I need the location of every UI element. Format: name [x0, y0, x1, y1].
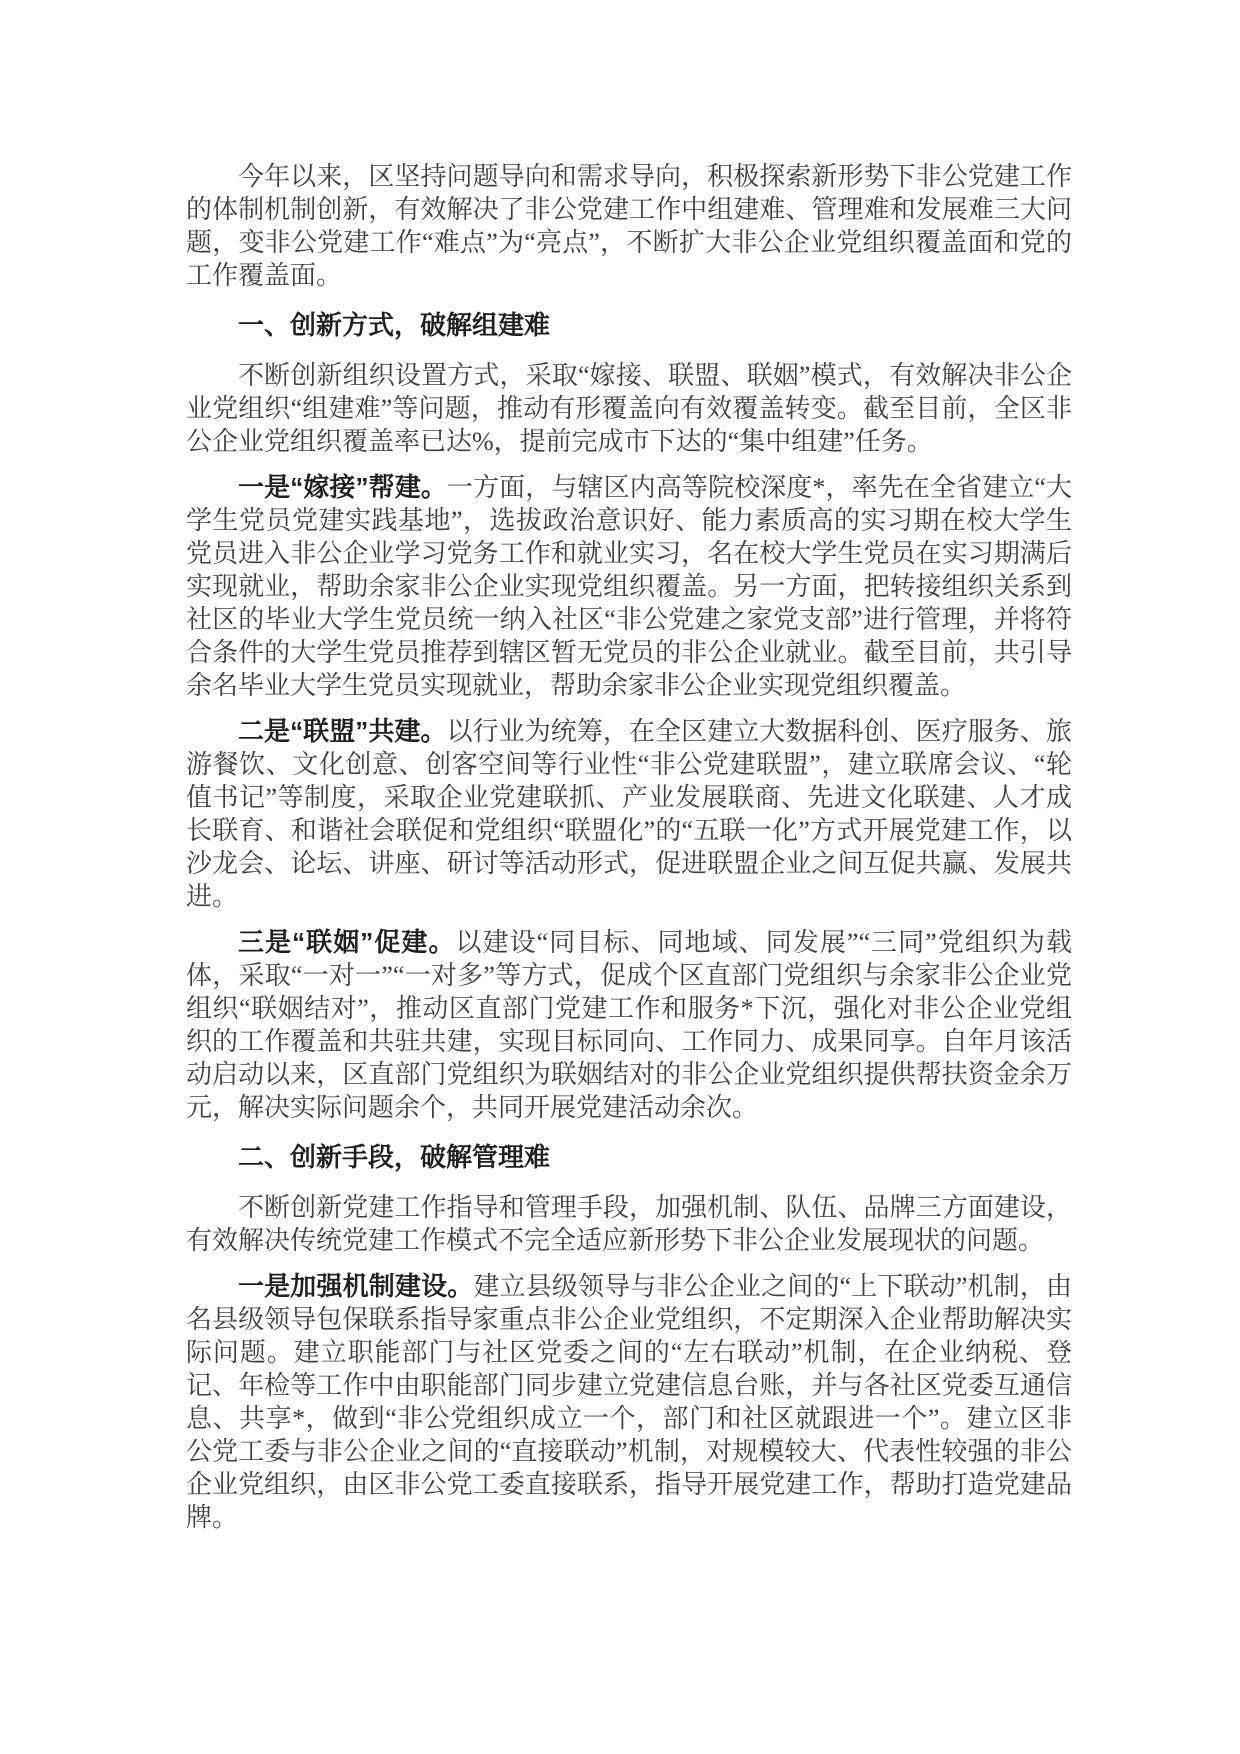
point-text-lianyin: 以建设“同目标、同地域、同发展”“三同”党组织为载体，采取“一对一”“一对多”等…	[186, 928, 1072, 1122]
section-2-heading: 二、创新手段，破解管理难	[186, 1141, 1072, 1174]
point-lead-lianyin: 三是“联姻”促建。	[238, 927, 456, 957]
section-1-heading: 一、创新方式，破解组建难	[186, 309, 1072, 342]
point-text-jizhi: 建立县级领导与非公企业之间的“上下联动”机制，由名县级领导包保联系指导家重点非公…	[186, 1272, 1072, 1532]
point-paragraph-jizhi: 一是加强机制建设。建立县级领导与非公企业之间的“上下联动”机制，由名县级领导包保…	[186, 1270, 1072, 1534]
point-lead-jiajie: 一是“嫁接”帮建。	[238, 472, 447, 502]
intro-paragraph: 今年以来，区坚持问题导向和需求导向，积极探索新形势下非公党建工作的体制机制创新，…	[186, 160, 1072, 292]
point-text-lianmeng: 以行业为统筹，在全区建立大数据科创、医疗服务、旅游餐饮、文化创意、创客空间等行业…	[186, 717, 1072, 911]
document-page: 今年以来，区坚持问题导向和需求导向，积极探索新形势下非公党建工作的体制机制创新，…	[0, 0, 1240, 1754]
point-paragraph-lianmeng: 二是“联盟”共建。以行业为统筹，在全区建立大数据科创、医疗服务、旅游餐饮、文化创…	[186, 715, 1072, 913]
section-2-intro-paragraph: 不断创新党建工作指导和管理手段，加强机制、队伍、品牌三方面建设，有效解决传统党建…	[186, 1191, 1072, 1257]
point-lead-jizhi: 一是加强机制建设。	[238, 1271, 473, 1301]
document-body: 今年以来，区坚持问题导向和需求导向，积极探索新形势下非公党建工作的体制机制创新，…	[186, 160, 1072, 1547]
point-paragraph-lianyin: 三是“联姻”促建。以建设“同目标、同地域、同发展”“三同”党组织为载体，采取“一…	[186, 926, 1072, 1124]
point-paragraph-jiajie: 一是“嫁接”帮建。一方面，与辖区内高等院校深度*，率先在全省建立“大学生党员党建…	[186, 471, 1072, 702]
section-1-intro-paragraph: 不断创新组织设置方式，采取“嫁接、联盟、联姻”模式，有效解决非公企业党组织“组建…	[186, 359, 1072, 458]
point-lead-lianmeng: 二是“联盟”共建。	[238, 716, 447, 746]
point-text-jiajie: 一方面，与辖区内高等院校深度*，率先在全省建立“大学生党员党建实践基地”，选拔政…	[186, 473, 1072, 700]
